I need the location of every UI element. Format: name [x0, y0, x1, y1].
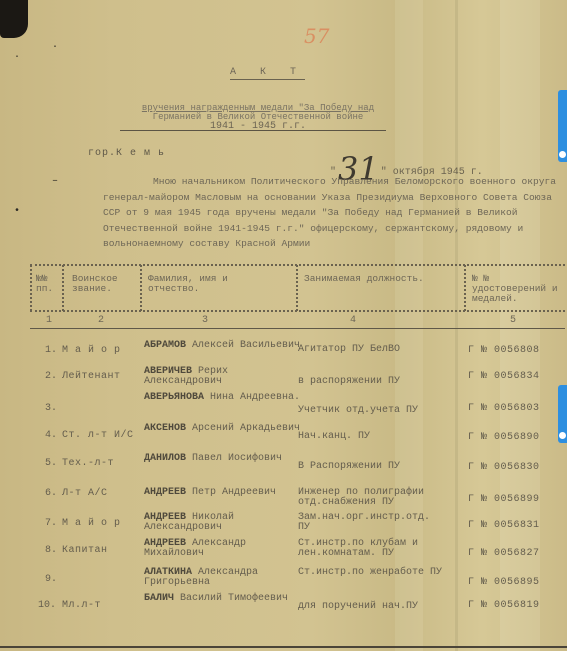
margin-mark: · — [14, 52, 20, 63]
row-name: АНДРЕЕВ Петр Андреевич — [144, 488, 304, 498]
row-number: 3. — [45, 403, 57, 414]
paper-crease — [455, 0, 458, 651]
column-number-rule — [30, 328, 565, 329]
margin-mark: · — [52, 42, 58, 53]
row-position: Агитатор ПУ БелВО — [298, 345, 448, 355]
city: гор.К е м ь — [88, 148, 165, 159]
row-rank: Ст. л-т И/С — [62, 430, 134, 441]
row-number: 10. — [38, 600, 56, 611]
row-position: В Распоряжении ПУ — [298, 462, 448, 472]
row-position: Ст.инстр.по женработе ПУ — [298, 568, 448, 578]
side-tab-top[interactable] — [558, 90, 567, 162]
row-name: АВЕРЬЯНОВА Нина Андреевна. — [144, 393, 304, 403]
row-rank: М а й о р — [62, 345, 121, 356]
column-separator — [464, 265, 466, 311]
row-certificate: Г № 0056899 — [468, 494, 540, 505]
margin-mark: • — [14, 206, 20, 217]
row-rank: Лейтенант — [62, 371, 121, 382]
column-separator — [296, 265, 298, 311]
header-position: Занимаемая должность. — [304, 274, 454, 284]
row-number: 9. — [45, 574, 57, 585]
column-separator — [140, 265, 142, 311]
row-position: в распоряжении ПУ — [298, 377, 448, 387]
bottom-rule — [0, 646, 567, 648]
row-number: 6. — [45, 488, 57, 499]
row-certificate: Г № 0056834 — [468, 371, 540, 382]
row-position: Ст.инстр.по клубам и лен.комнатам. ПУ — [298, 539, 448, 559]
row-rank: Л-т А/С — [62, 488, 108, 499]
column-number-4: 4 — [350, 315, 356, 326]
row-name: ДАНИЛОВ Павел Иосифович — [144, 454, 304, 464]
row-certificate: Г № 0056895 — [468, 577, 540, 588]
header-certificate: № № удостоверений и медалей. — [472, 274, 562, 304]
row-certificate: Г № 0056831 — [468, 520, 540, 531]
row-number: 2. — [45, 371, 57, 382]
row-name: АЛАТКИНА Александра Григорьевна — [144, 568, 304, 588]
row-number: 5. — [45, 458, 57, 469]
row-certificate: Г № 0056890 — [468, 432, 540, 443]
row-name: АБРАМОВ Алексей Васильевич — [144, 341, 304, 351]
header-number: №№ пп. — [36, 274, 60, 294]
row-rank: Мл.л-т — [62, 600, 101, 611]
column-number-5: 5 — [510, 315, 516, 326]
row-name: БАЛИЧ Василий Тимофеевич — [144, 594, 304, 604]
row-certificate: Г № 0056827 — [468, 548, 540, 559]
row-rank: Капитан — [62, 545, 108, 556]
row-number: 8. — [45, 545, 57, 556]
row-certificate: Г № 0056808 — [468, 345, 540, 356]
column-number-1: 1 — [46, 315, 52, 326]
header-rank: Воинское звание. — [72, 274, 132, 294]
row-name: АНДРЕЕВ Николай Александрович — [144, 513, 304, 533]
row-certificate: Г № 0056819 — [468, 600, 540, 611]
margin-mark: – — [52, 176, 58, 187]
row-position: Инженер по полиграфии отд.снабжения ПУ — [298, 488, 448, 508]
tab-icon — [559, 151, 566, 158]
subtitle-underline — [120, 130, 386, 131]
scanned-document: · · – • 57 А К Т вручения награжденным м… — [0, 0, 567, 651]
corner-stain — [0, 0, 28, 38]
column-number-3: 3 — [202, 315, 208, 326]
row-name: АНДРЕЕВ Александр Михайлович — [144, 539, 304, 559]
row-position: для поручений нач.ПУ — [298, 602, 448, 612]
body-paragraph: Мною начальником Политического Управлени… — [103, 174, 563, 252]
row-number: 4. — [45, 430, 57, 441]
row-name: АВЕРИЧЕВ Рерих Александрович — [144, 367, 304, 387]
column-separator — [62, 265, 64, 311]
row-number: 7. — [45, 518, 57, 529]
row-name: АКСЕНОВ Арсений Аркадьевич — [144, 424, 304, 434]
row-position: Нач.канц. ПУ — [298, 432, 448, 442]
row-certificate: Г № 0056830 — [468, 462, 540, 473]
side-tab-bottom[interactable] — [558, 385, 567, 443]
row-position: Зам.нач.орг.инстр.отд. ПУ — [298, 513, 448, 533]
document-title: А К Т — [230, 67, 305, 80]
page-number: 57 — [304, 24, 329, 48]
document-subtitle: вручения награжденным медали "За Победу … — [128, 104, 388, 131]
row-number: 1. — [45, 345, 57, 356]
row-certificate: Г № 0056803 — [468, 403, 540, 414]
header-name: Фамилия, имя и отчество. — [148, 274, 258, 294]
row-rank: Тех.-л-т — [62, 458, 114, 469]
column-separator — [30, 265, 32, 311]
tab-icon — [559, 432, 566, 439]
column-number-2: 2 — [98, 315, 104, 326]
row-rank: М а й о р — [62, 518, 121, 529]
row-position: Учетчик отд.учета ПУ — [298, 406, 448, 416]
